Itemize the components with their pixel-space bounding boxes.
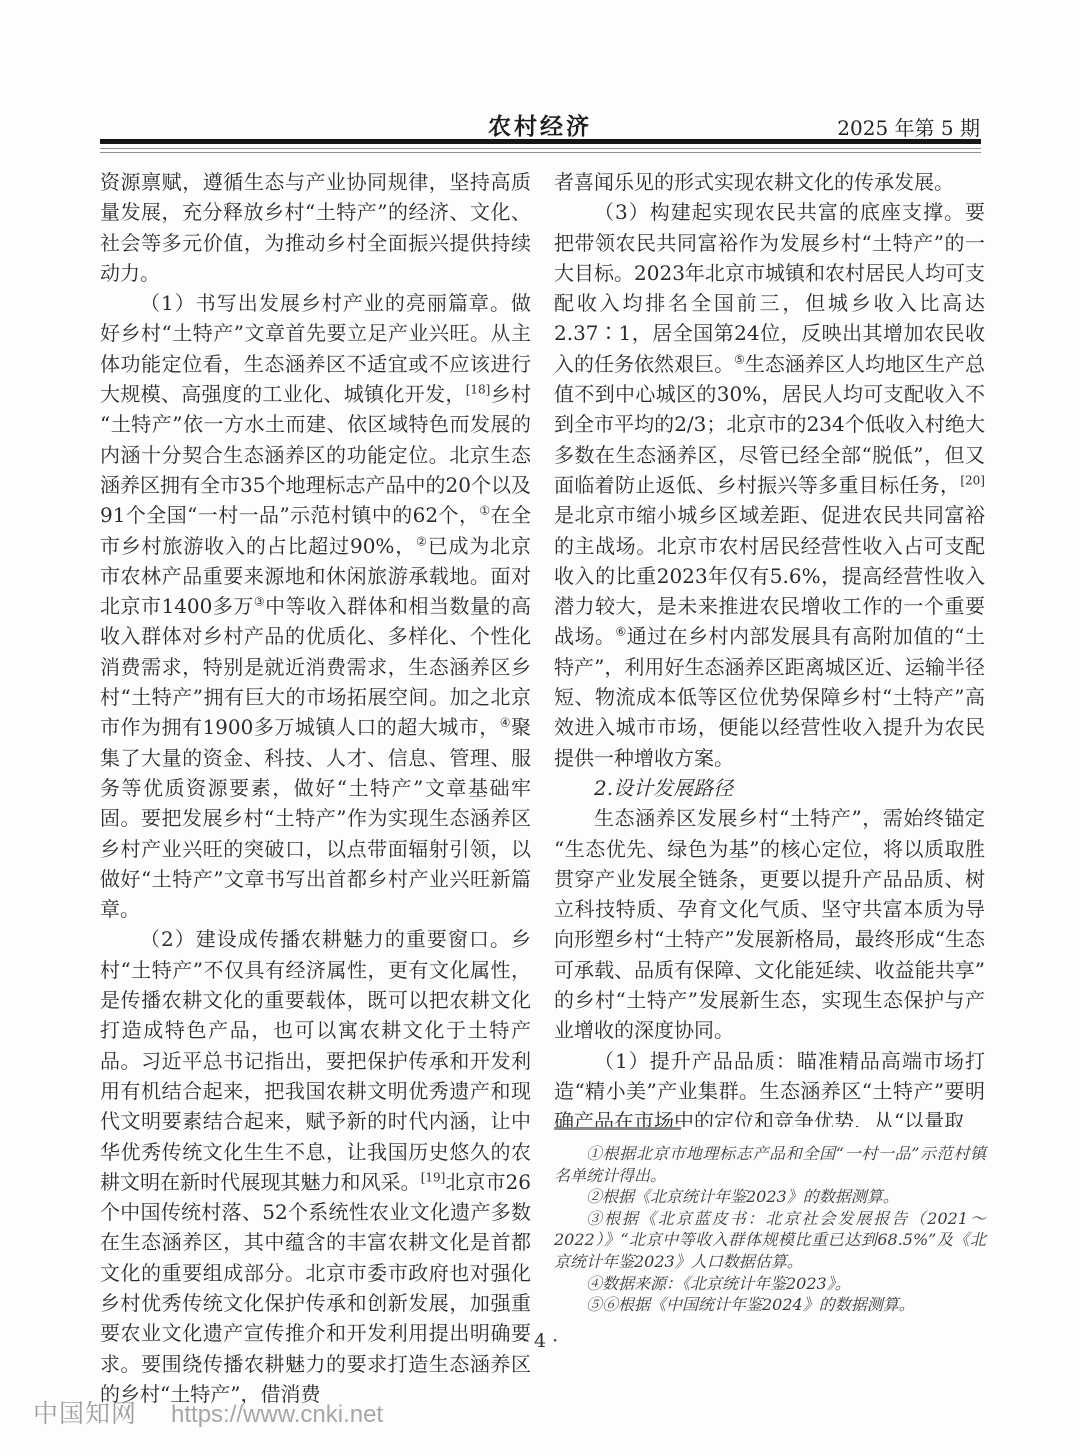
footnotes-section: ①根据北京市地理标志产品和全国“一村一品”示范村镇名单统计得出。 ②根据《北京统… (554, 1127, 986, 1316)
paragraph-continued: 资源禀赋，遵循生态与产业协同规律，坚持高质量发展，充分释放乡村“土特产”的经济、… (100, 167, 531, 288)
footnote-1: ①根据北京市地理标志产品和全国“一村一品”示范村镇名单统计得出。 (554, 1143, 986, 1186)
cnki-url: https://www.cnki.net (171, 1401, 383, 1428)
footnote-ref-5: ⑤ (734, 352, 745, 366)
paragraph: 生态涵养区发展乡村“土特产”，需始终锚定“生态优先、绿色为基”的核心定位，将以质… (554, 803, 985, 1045)
footnote-ref-3: ③ (254, 595, 265, 609)
text-run: 生态涵养区发展乡村“土特产”，需始终锚定“生态优先、绿色为基”的核心定位，将以质… (554, 806, 985, 1042)
text-run: 北京市26个中国传统村落、52个系统性农业文化遗产多数在生态涵养区，其中蕴含的丰… (100, 1170, 531, 1406)
paragraph: （1）提升产品品质：瞄准精品高端市场打造“精小美”产业集群。生态涵养区“土特产”… (554, 1046, 985, 1137)
footnote-3: ③根据《北京蓝皮书：北京社会发展报告（2021～2022）》“北京中等收入群体规… (554, 1208, 986, 1273)
header-rule-thin (100, 148, 981, 153)
footnote-ref-6: ⑥ (615, 625, 626, 639)
text-run: （3）构建起实现农民共富的底座支撑。要把带领农民共同富裕作为发展乡村“土特产”的… (554, 200, 985, 375)
header-rule-thick (100, 139, 981, 144)
paragraph-item-1: （1）书写出发展乡村产业的亮丽篇章。做好乡村“土特产”文章首先要立足产业兴旺。从… (100, 288, 531, 924)
text-run: 资源禀赋，遵循生态与产业协同规律，坚持高质量发展，充分释放乡村“土特产”的经济、… (100, 170, 531, 285)
cnki-brand: 中国知网 (33, 1400, 137, 1428)
section-heading: 2.设计发展路径 (554, 773, 985, 803)
paragraph-continued: 者喜闻乐见的形式实现农耕文化的传承发展。 (554, 167, 985, 197)
issue-label: 2025 年第 5 期 (837, 112, 980, 141)
footnote-ref-1: ① (479, 504, 490, 518)
text-run: 通过在乡村内部发展具有高附加值的“土特产”，利用好生态涵养区距离城区近、运输半径… (554, 624, 985, 769)
text-run: （2）建设成传播农耕魅力的重要窗口。乡村“土特产”不仅具有经济属性，更有文化属性… (100, 927, 531, 1193)
right-column: 者喜闻乐见的形式实现农耕文化的传承发展。 （3）构建起实现农民共富的底座支撑。要… (554, 167, 985, 1137)
text-run: 聚集了大量的资金、科技、人才、信息、管理、服务等优质资源要素，做好“土特产”文章… (100, 715, 531, 921)
left-column: 资源禀赋，遵循生态与产业协同规律，坚持高质量发展，充分释放乡村“土特产”的经济、… (100, 167, 531, 1409)
text-run: （1）提升产品品质：瞄准精品高端市场打造“精小美”产业集群。生态涵养区“土特产”… (554, 1049, 985, 1134)
footnote-4: ④数据来源：《北京统计年鉴2023》。 (554, 1273, 986, 1295)
footnote-ref-4: ④ (500, 716, 511, 730)
page-number: · 4 · (100, 1330, 980, 1352)
footnote-5: ⑤⑥根据《中国统计年鉴2024》的数据测算。 (554, 1294, 986, 1316)
citation-ref-20: [20] (960, 473, 985, 487)
footnote-ref-2: ② (416, 534, 428, 548)
citation-ref-18: [18] (466, 382, 491, 396)
footnote-separator (554, 1127, 681, 1130)
footnote-2: ②根据《北京统计年鉴2023》的数据测算。 (554, 1186, 986, 1208)
paragraph-item-3: （3）构建起实现农民共富的底座支撑。要把带领农民共同富裕作为发展乡村“土特产”的… (554, 197, 985, 773)
citation-ref-19: [19] (421, 1170, 446, 1184)
text-run: 者喜闻乐见的形式实现农耕文化的传承发展。 (554, 170, 954, 194)
cnki-watermark: 中国知网https://www.cnki.net (33, 1394, 383, 1430)
journal-page: 农村经济 2025 年第 5 期 资源禀赋，遵循生态与产业协同规律，坚持高质量发… (0, 0, 1080, 1456)
